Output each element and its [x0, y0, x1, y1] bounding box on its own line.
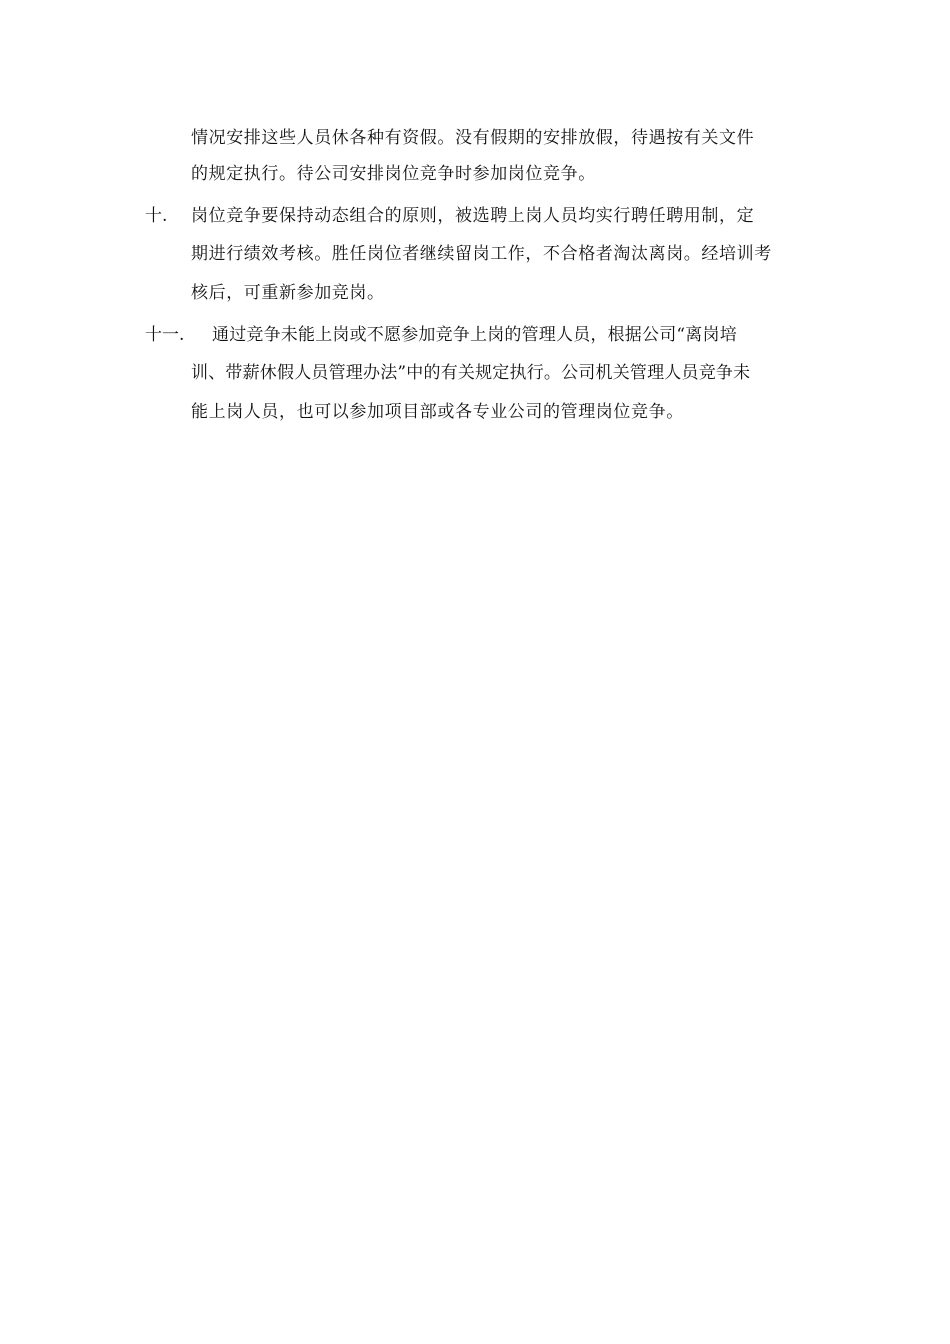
paragraph-line: 期进行绩效考核。胜任岗位者继续留岗工作，不合格者淘汰离岗。经培训考 [191, 244, 772, 264]
paragraph-line: 训、带薪休假人员管理办法”中的有关规定执行。公司机关管理人员竞争未 [191, 363, 750, 383]
paragraph-line: 岗位竞争要保持动态组合的原则，被选聘上岗人员均实行聘任聘用制，定 [191, 206, 754, 226]
paragraph-line: 核后，可重新参加竞岗。 [191, 283, 385, 303]
paragraph-line: 的规定执行。待公司安排岗位竞争时参加岗位竞争。 [191, 164, 596, 184]
paragraph-line: 情况安排这些人员休各种有资假。没有假期的安排放假，待遇按有关文件 [191, 128, 754, 148]
list-item-number: 十. [145, 206, 167, 226]
paragraph-line: 能上岗人员，也可以参加项目部或各专业公司的管理岗位竞争。 [191, 402, 684, 422]
paragraph-line: 通过竞争未能上岗或不愿参加竞争上岗的管理人员，根据公司“离岗培 [212, 325, 737, 345]
list-item-number: 十一. [145, 325, 184, 345]
